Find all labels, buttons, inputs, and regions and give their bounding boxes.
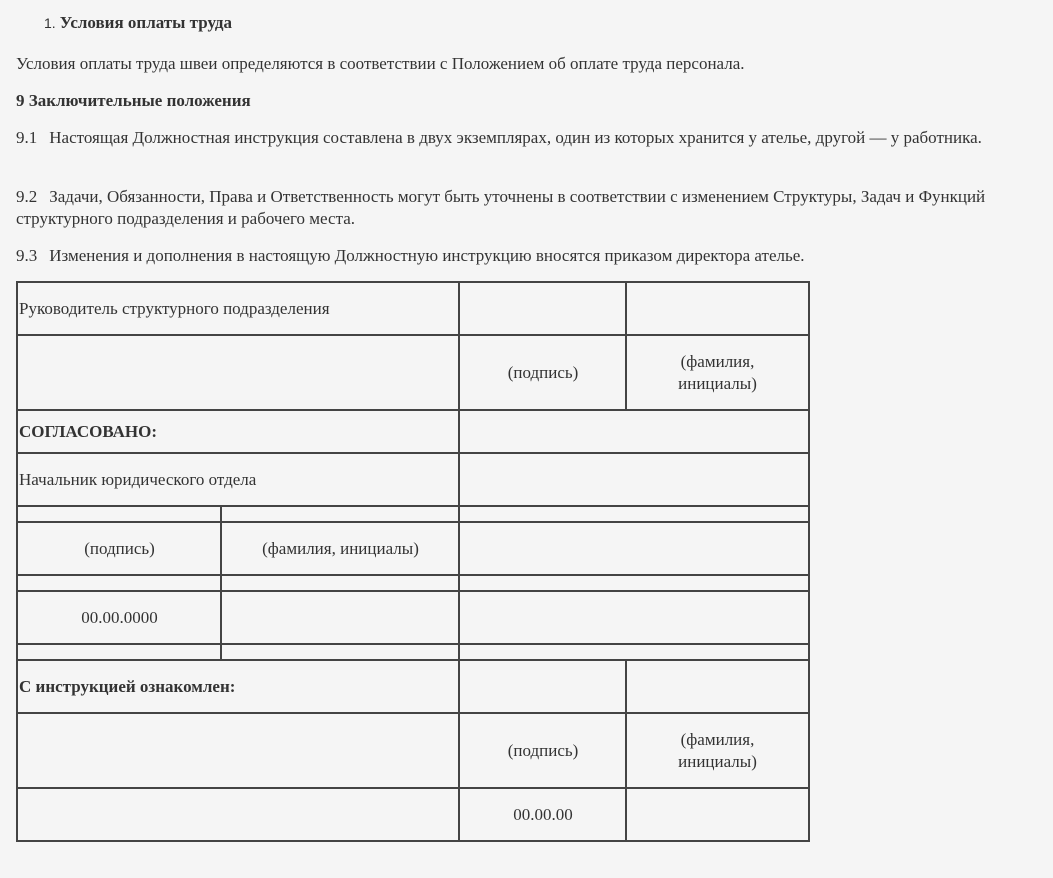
empty-cell: [221, 506, 459, 522]
clause-text: Задачи, Обязанности, Права и Ответственн…: [16, 187, 985, 228]
empty-cell: [17, 575, 221, 591]
empty-cell: [17, 713, 459, 788]
empty-cell: [459, 644, 809, 660]
approved-label: СОГЛАСОВАНО:: [17, 410, 459, 453]
table-row: 00.00.00: [17, 788, 809, 841]
section-8-title: Условия оплаты труда: [60, 13, 232, 32]
acknowledged-date: 00.00.00: [459, 788, 626, 841]
acknowledged-signature-field: [459, 660, 626, 713]
clause-9-3: 9.3Изменения и дополнения в настоящую До…: [16, 245, 1046, 267]
legal-dept-name-caption: (фамилия, инициалы): [221, 522, 459, 575]
empty-cell: [626, 788, 809, 841]
table-row: Руководитель структурного подразделения: [17, 282, 809, 335]
head-of-unit-signature-field: [459, 282, 626, 335]
table-row: (подпись) (фамилия, инициалы): [17, 713, 809, 788]
empty-cell: [221, 644, 459, 660]
empty-cell: [17, 788, 459, 841]
signature-table: Руководитель структурного подразделения …: [16, 281, 810, 842]
table-row: [17, 506, 809, 522]
section-9-heading: 9 Заключительные положения: [16, 90, 1046, 112]
table-row: 00.00.0000: [17, 591, 809, 644]
empty-cell: [459, 453, 809, 506]
empty-cell: [221, 591, 459, 644]
head-of-unit-name-field: [626, 282, 809, 335]
table-row: [17, 575, 809, 591]
acknowledged-label: С инструкцией ознакомлен:: [17, 660, 459, 713]
empty-cell: [459, 522, 809, 575]
empty-cell: [221, 575, 459, 591]
head-of-unit-title: Руководитель структурного подразделения: [17, 282, 459, 335]
head-of-unit-signature-caption: (подпись): [459, 335, 626, 410]
table-row: (подпись) (фамилия, инициалы): [17, 522, 809, 575]
head-of-unit-name-caption: (фамилия, инициалы): [626, 335, 809, 410]
clause-number: 9.2: [16, 187, 37, 206]
acknowledged-signature-caption: (подпись): [459, 713, 626, 788]
acknowledged-name-caption: (фамилия, инициалы): [626, 713, 809, 788]
clause-number: 9.3: [16, 246, 37, 265]
acknowledged-name-field: [626, 660, 809, 713]
table-row: С инструкцией ознакомлен:: [17, 660, 809, 713]
legal-dept-date: 00.00.0000: [17, 591, 221, 644]
table-row: Начальник юридического отдела: [17, 453, 809, 506]
empty-cell: [17, 506, 221, 522]
clause-number: 9.1: [16, 128, 37, 147]
clause-9-1: 9.1Настоящая Должностная инструкция сост…: [16, 127, 1046, 149]
empty-cell: [17, 335, 459, 410]
legal-dept-head-position: Начальник юридического отдела: [17, 453, 459, 506]
table-row: (подпись) (фамилия, инициалы): [17, 335, 809, 410]
clause-text: Настоящая Должностная инструкция составл…: [49, 128, 982, 147]
clause-9-2: 9.2Задачи, Обязанности, Права и Ответств…: [16, 186, 1016, 230]
empty-cell: [459, 575, 809, 591]
legal-dept-signature-caption: (подпись): [17, 522, 221, 575]
clause-text: Изменения и дополнения в настоящую Должн…: [49, 246, 804, 265]
table-row: СОГЛАСОВАНО:: [17, 410, 809, 453]
empty-cell: [459, 591, 809, 644]
list-number: 1.: [44, 15, 56, 31]
section-8-heading: 1.Условия оплаты труда: [44, 12, 232, 34]
section-8-text: Условия оплаты труда швеи определяются в…: [16, 53, 1046, 75]
empty-cell: [459, 506, 809, 522]
table-row: [17, 644, 809, 660]
empty-cell: [459, 410, 809, 453]
empty-cell: [17, 644, 221, 660]
